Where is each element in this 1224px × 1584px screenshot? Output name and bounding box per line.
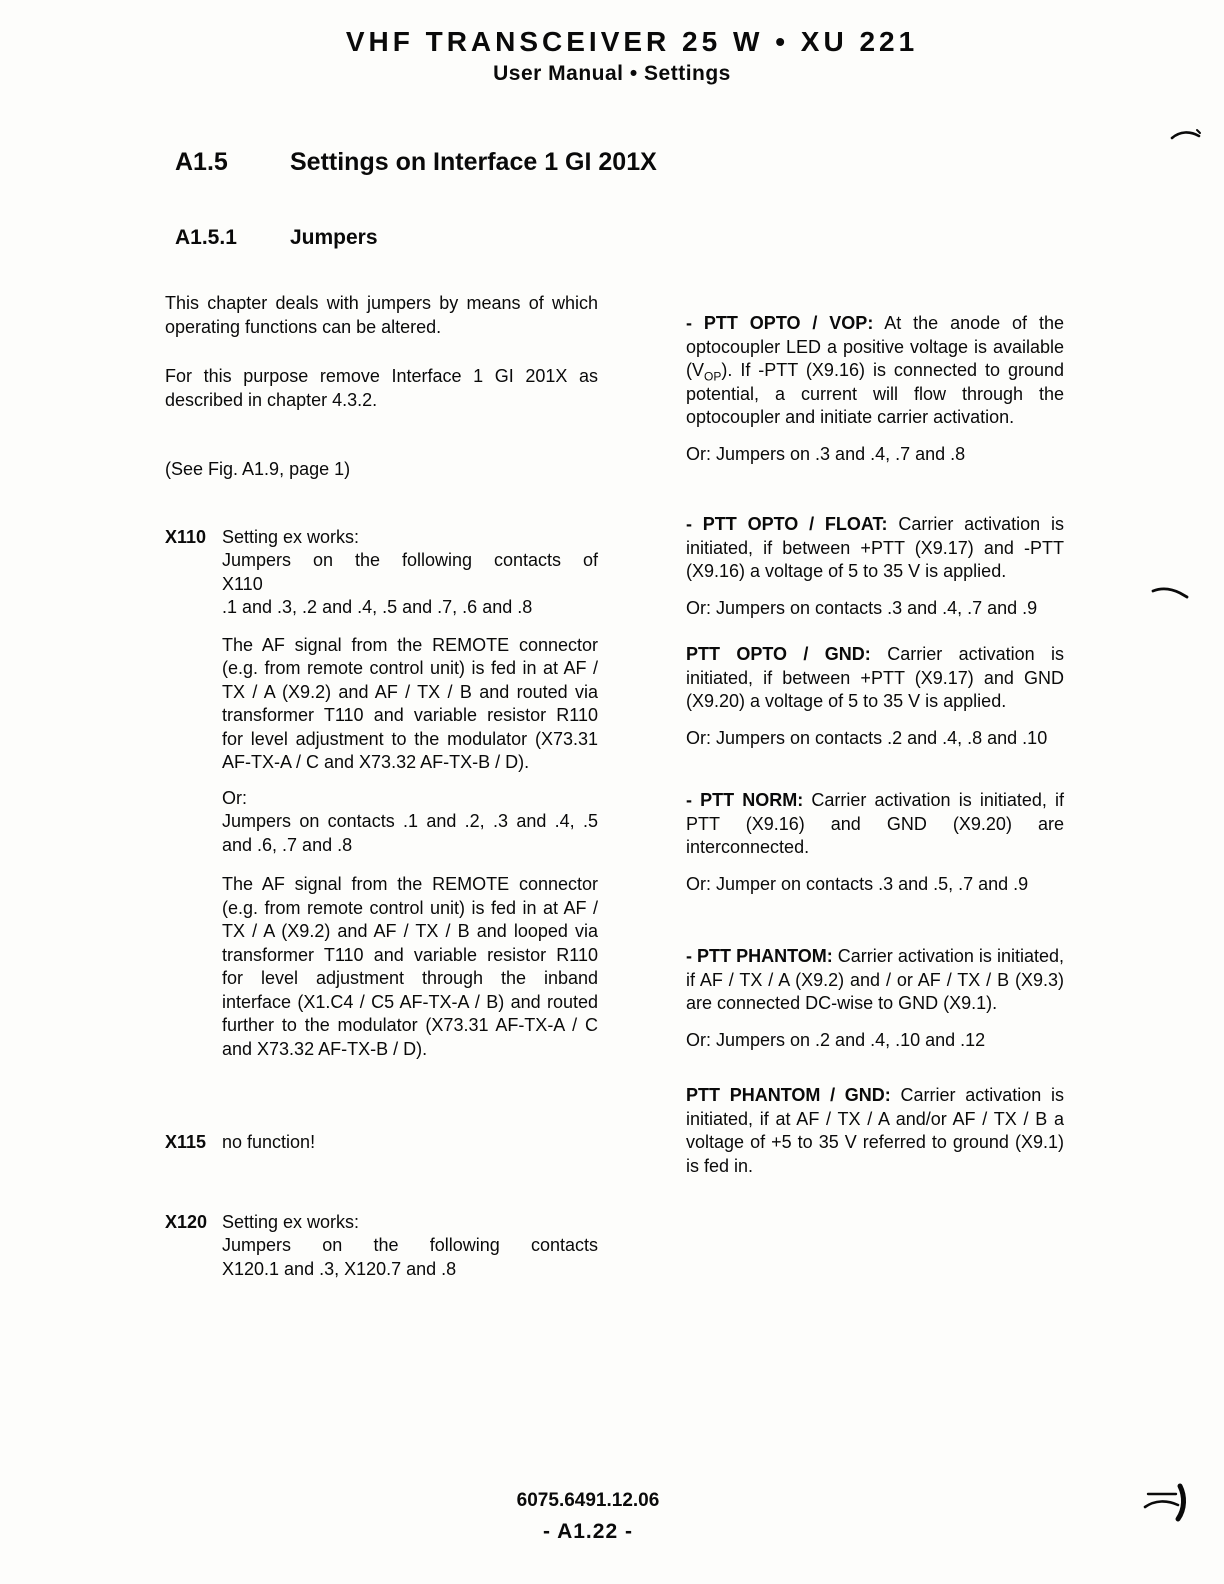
or-text: Or: Jumper on contacts .3 and .5, .7 and… bbox=[686, 873, 1064, 897]
pen-scribble-icon bbox=[1140, 1480, 1194, 1531]
or-text: Or: Jumpers on .3 and .4, .7 and .8 bbox=[686, 443, 1064, 467]
block-body: PTT PHANTOM / GND: Carrier activation is… bbox=[686, 1084, 1064, 1178]
or-label: Or: bbox=[222, 787, 598, 811]
intro-paragraph: This chapter deals with jumpers by means… bbox=[165, 292, 598, 339]
right-column: - PTT OPTO / VOP: At the anode of the op… bbox=[686, 312, 1064, 1178]
block-head: PTT OPTO / GND: bbox=[686, 644, 871, 664]
subsection-number: A1.5.1 bbox=[175, 226, 290, 250]
ptt-block-phantom: - PTT PHANTOM: Carrier activation is ini… bbox=[686, 945, 1064, 1052]
left-column: This chapter deals with jumpers by means… bbox=[165, 292, 598, 1281]
jumper-label: X120 bbox=[165, 1211, 207, 1235]
or-text: Or: Jumpers on contacts .3 and .4, .7 an… bbox=[686, 597, 1064, 621]
contacts-line: .1 and .3, .2 and .4, .5 and .7, .6 and … bbox=[222, 596, 598, 620]
manual-page: VHF TRANSCEIVER 25 W • XU 221 User Manua… bbox=[0, 0, 1224, 1584]
body-paragraph: The AF signal from the REMOTE connector … bbox=[222, 634, 598, 775]
document-title: VHF TRANSCEIVER 25 W • XU 221 bbox=[20, 26, 1224, 58]
body-paragraph: The AF signal from the REMOTE connector … bbox=[222, 873, 598, 1061]
or-text: Or: Jumpers on contacts .2 and .4, .8 an… bbox=[686, 727, 1064, 751]
block-head: - PTT PHANTOM: bbox=[686, 946, 833, 966]
jumpers-line: X110 bbox=[222, 573, 598, 597]
pen-swoosh-icon bbox=[1170, 126, 1206, 149]
subscript-op: OP bbox=[704, 370, 721, 384]
jumpers-line: Jumpers on the following contacts bbox=[222, 1234, 598, 1258]
page-number: - A1.22 - bbox=[0, 1520, 1200, 1544]
block-head: - PTT OPTO / VOP: bbox=[686, 313, 873, 333]
setting-line: Setting ex works: bbox=[222, 1211, 598, 1235]
subsection-title: Jumpers bbox=[290, 226, 378, 249]
jumper-label: X110 bbox=[165, 526, 206, 550]
jumper-entry-x115: X115 no function! bbox=[165, 1131, 598, 1155]
intro-paragraph: For this purpose remove Interface 1 GI 2… bbox=[165, 365, 598, 412]
figure-reference: (See Fig. A1.9, page 1) bbox=[165, 458, 598, 482]
or-alternative: Or: Jumpers on contacts .1 and .2, .3 an… bbox=[222, 787, 598, 858]
jumper-entry-x120: X120 Setting ex works: Jumpers on the fo… bbox=[165, 1211, 598, 1282]
jumper-entry-x110: X110 Setting ex works: Jumpers on the fo… bbox=[165, 526, 598, 1062]
or-text: Jumpers on contacts .1 and .2, .3 and .4… bbox=[222, 810, 598, 857]
ptt-block-phantom-gnd: PTT PHANTOM / GND: Carrier activation is… bbox=[686, 1084, 1064, 1178]
section-title: Settings on Interface 1 GI 201X bbox=[290, 148, 657, 176]
document-subtitle: User Manual • Settings bbox=[0, 62, 1224, 86]
subsection-heading: A1.5.1Jumpers bbox=[175, 226, 378, 250]
block-body: - PTT OPTO / VOP: At the anode of the op… bbox=[686, 312, 1064, 430]
contacts-line: X120.1 and .3, X120.7 and .8 bbox=[222, 1258, 598, 1282]
block-body: - PTT NORM: Carrier activation is initia… bbox=[686, 789, 1064, 860]
block-text: ). If -PTT (X9.16) is connected to groun… bbox=[686, 360, 1064, 427]
ptt-block-norm: - PTT NORM: Carrier activation is initia… bbox=[686, 789, 1064, 896]
section-number: A1.5 bbox=[175, 148, 290, 177]
block-body: - PTT PHANTOM: Carrier activation is ini… bbox=[686, 945, 1064, 1016]
or-text: Or: Jumpers on .2 and .4, .10 and .12 bbox=[686, 1029, 1064, 1053]
jumpers-line: Jumpers on the following contacts of bbox=[222, 549, 598, 573]
block-body: PTT OPTO / GND: Carrier activation is in… bbox=[686, 643, 1064, 714]
section-heading: A1.5Settings on Interface 1 GI 201X bbox=[175, 148, 657, 177]
document-number: 6075.6491.12.06 bbox=[0, 1490, 1200, 1512]
ptt-block-opto-vop: - PTT OPTO / VOP: At the anode of the op… bbox=[686, 312, 1064, 466]
ptt-block-opto-float: - PTT OPTO / FLOAT: Carrier activation i… bbox=[686, 513, 1064, 620]
block-head: PTT PHANTOM / GND: bbox=[686, 1085, 891, 1105]
entry-text: no function! bbox=[222, 1131, 598, 1155]
block-body: - PTT OPTO / FLOAT: Carrier activation i… bbox=[686, 513, 1064, 584]
block-head: - PTT NORM: bbox=[686, 790, 803, 810]
ptt-block-opto-gnd: PTT OPTO / GND: Carrier activation is in… bbox=[686, 643, 1064, 750]
block-head: - PTT OPTO / FLOAT: bbox=[686, 514, 888, 534]
pen-swoosh-icon bbox=[1150, 582, 1192, 609]
jumper-label: X115 bbox=[165, 1131, 206, 1155]
setting-line: Setting ex works: bbox=[222, 526, 598, 550]
